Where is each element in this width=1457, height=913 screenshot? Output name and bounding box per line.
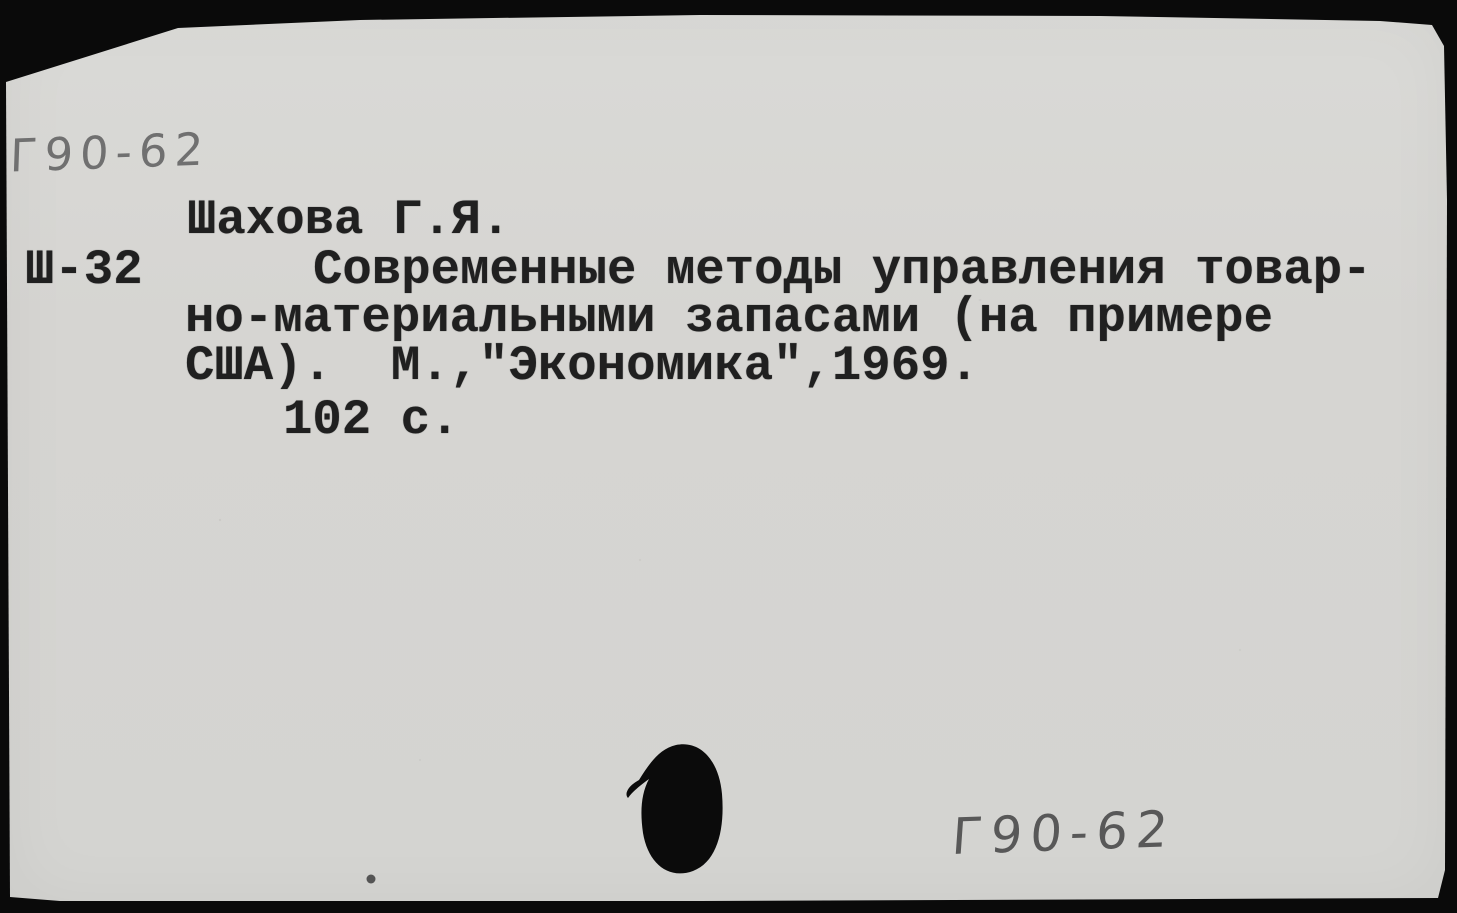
catalog-card-paper — [0, 0, 1457, 913]
title-line-1: Современные методы управления товар- — [313, 246, 1372, 295]
call-number-annotation-top: Г90-62 — [9, 122, 211, 182]
call-number-annotation-bottom: Г90-62 — [950, 800, 1178, 866]
title-line-2: но-материальными запасами (на примере — [185, 294, 1273, 343]
author-name: Шахова Г.Я. — [187, 196, 510, 245]
scanned-catalog-card: Г90-62 Шахова Г.Я. Ш-32 Современные мето… — [0, 0, 1457, 913]
classification-code: Ш-32 — [25, 246, 143, 295]
page-count: 102 с. — [283, 396, 459, 445]
title-publication-line: США). М.,"Экономика",1969. — [185, 342, 979, 391]
